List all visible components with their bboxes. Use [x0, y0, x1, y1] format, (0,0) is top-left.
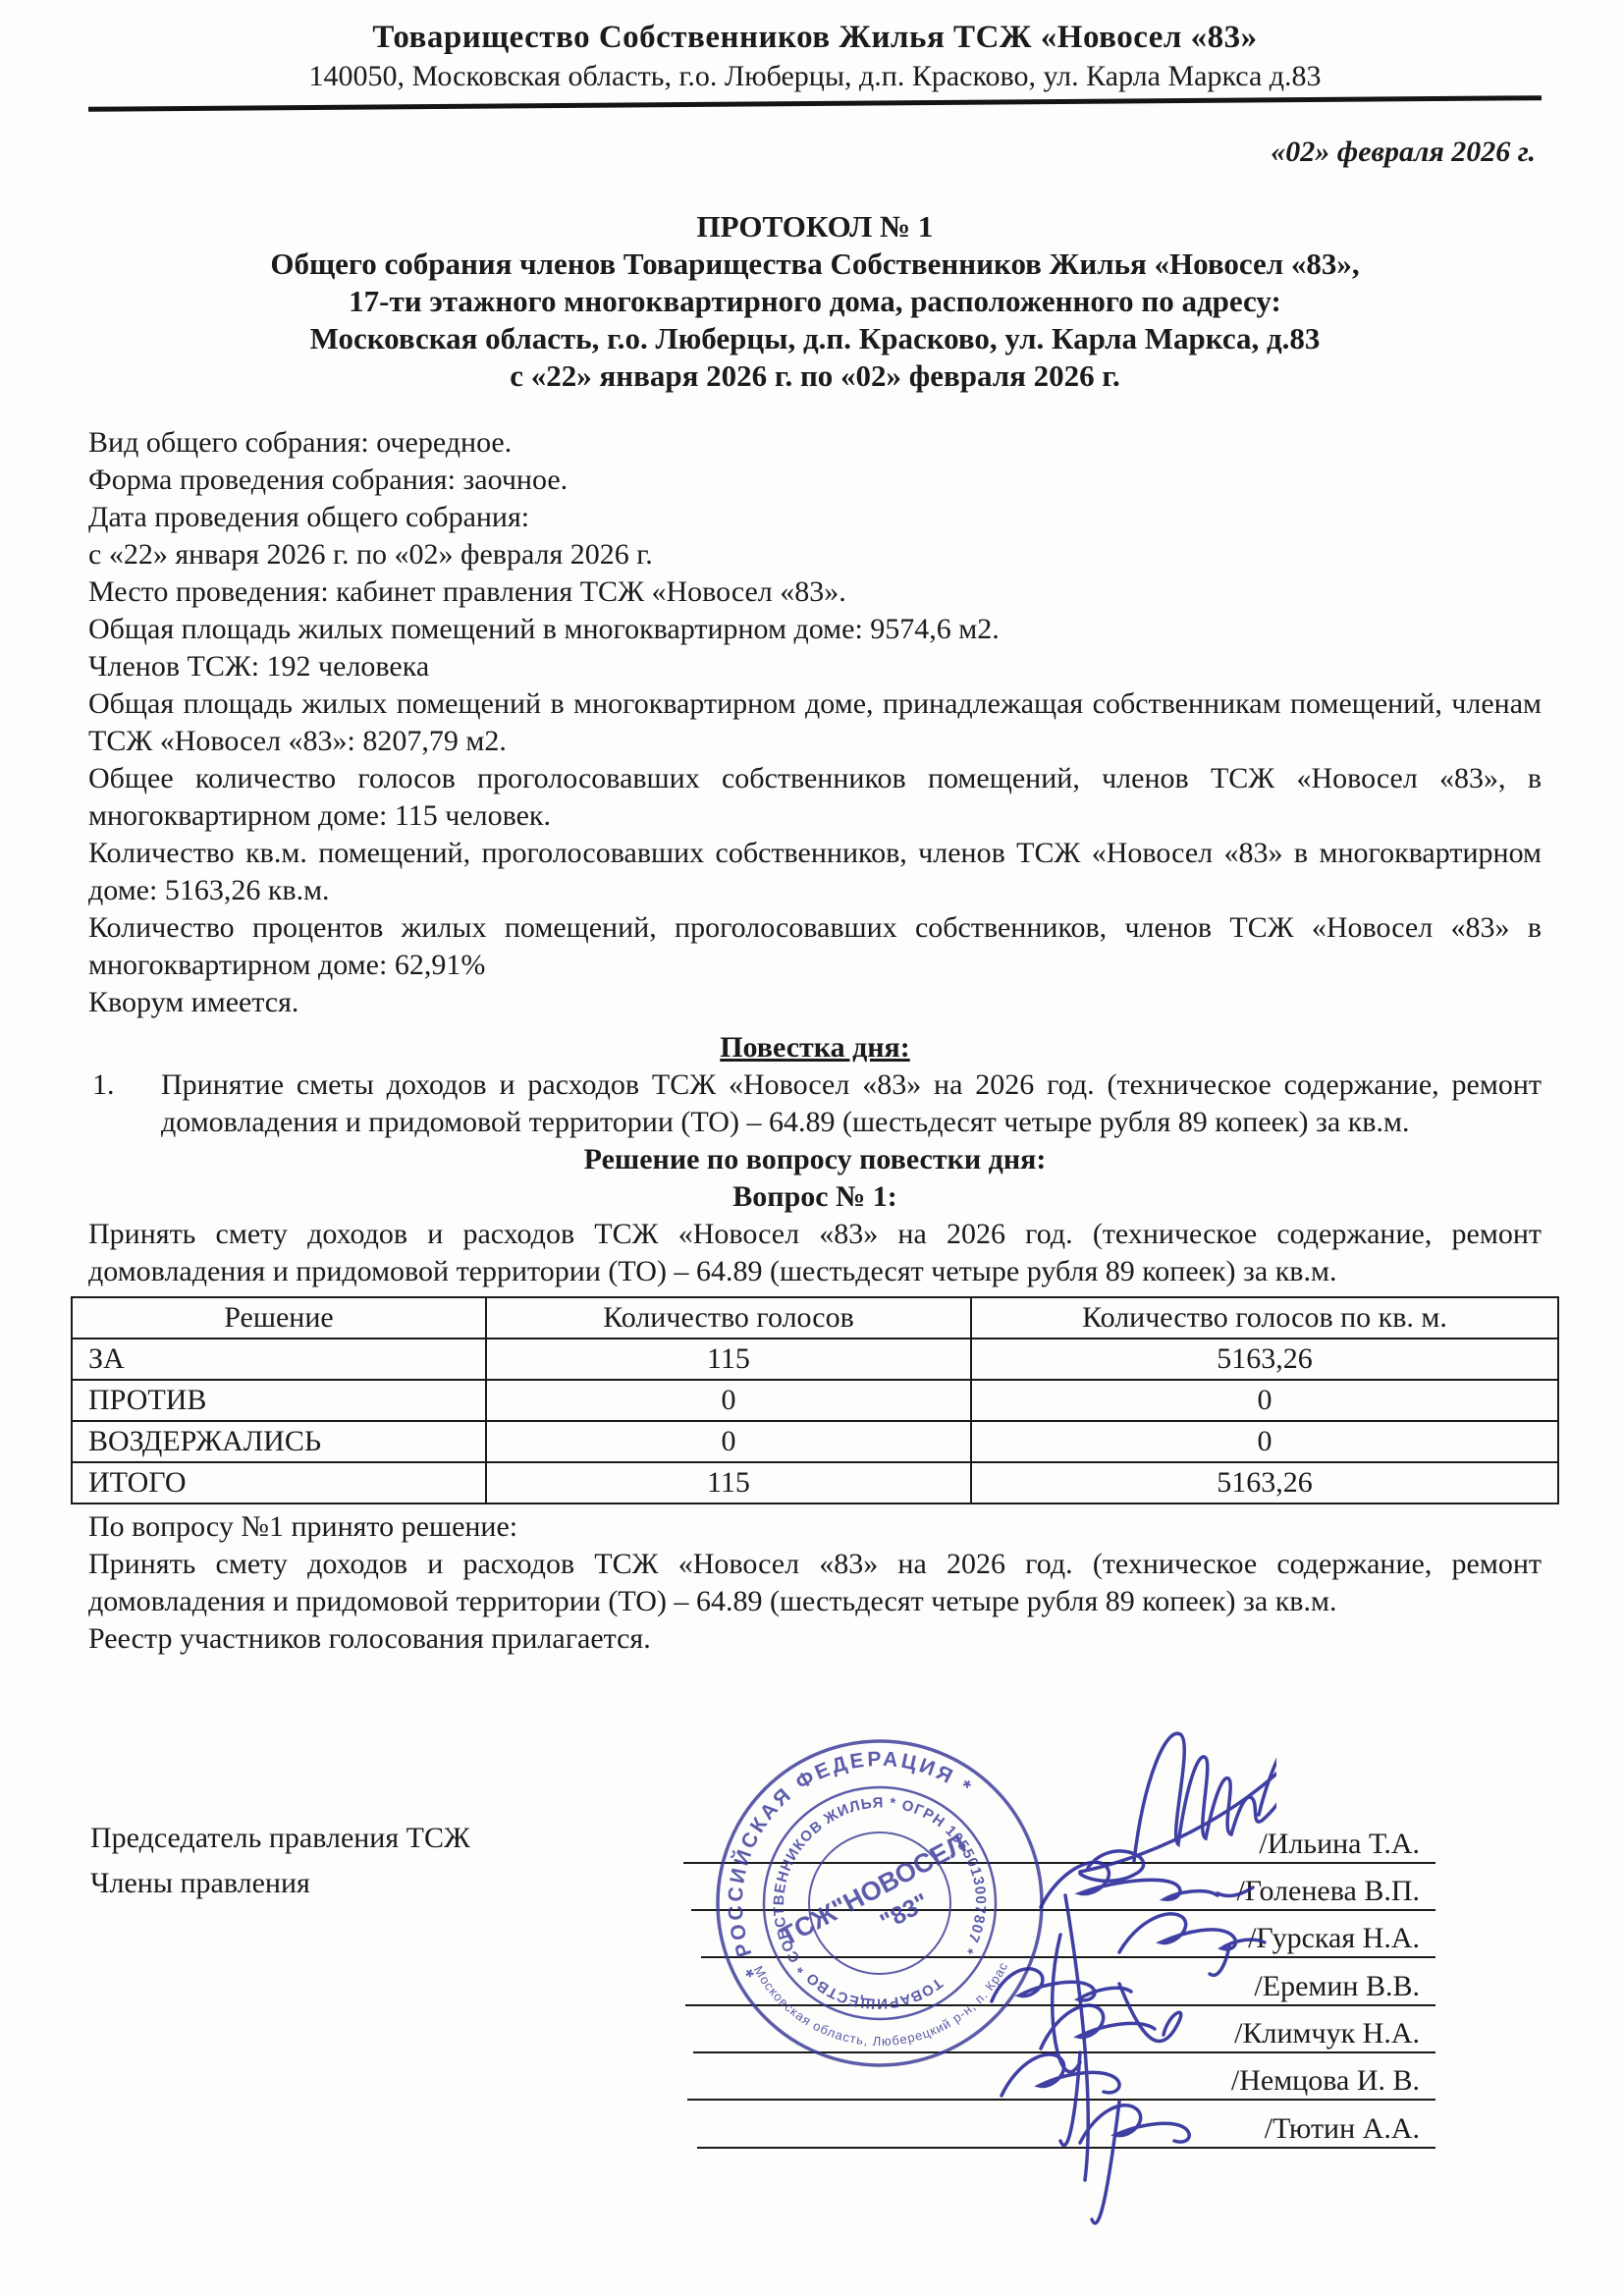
agenda-item-number: 1.: [88, 1066, 161, 1141]
org-address: 140050, Московская область, г.о. Люберцы…: [88, 60, 1542, 93]
vote-row-vozderzh-label: ВОЗДЕРЖАЛИСЬ: [72, 1421, 486, 1462]
signatory-name: /Еремин В.В.: [1254, 1970, 1420, 2003]
meeting-details: Вид общего собрания: очередное. Форма пр…: [88, 424, 1542, 1021]
resolution-block: По вопросу №1 принято решение: Принять с…: [88, 1508, 1542, 1658]
agenda-item-text: Принятие сметы доходов и расходов ТСЖ «Н…: [161, 1066, 1542, 1141]
detail-date-range: с «22» января 2026 г. по «02» февраля 20…: [88, 536, 1542, 574]
vote-row-vozderzh-votes: 0: [486, 1421, 971, 1462]
detail-kind: Вид общего собрания: очередное.: [88, 424, 1542, 462]
org-name: Товарищество Собственников Жилья ТСЖ «Но…: [88, 20, 1542, 56]
title-line-3: 17-ти этажного многоквартирного дома, ра…: [88, 283, 1542, 320]
vote-row-za-sqm: 5163,26: [971, 1339, 1558, 1380]
table-row: ВОЗДЕРЖАЛИСЬ 0 0: [72, 1421, 1558, 1462]
signatory-name: /Тютин А.А.: [1265, 2112, 1420, 2146]
vote-row-itogo-votes: 115: [486, 1462, 971, 1503]
detail-form: Форма проведения собрания: заочное.: [88, 462, 1542, 499]
decision-text: Принять смету доходов и расходов ТСЖ «Но…: [88, 1216, 1542, 1290]
vote-row-protiv-sqm: 0: [971, 1380, 1558, 1421]
protocol-document-page: Товарищество Собственников Жилья ТСЖ «Но…: [0, 0, 1624, 2296]
signatory-name: /Ильина Т.А.: [1259, 1828, 1420, 1861]
agenda-item-1: 1. Принятие сметы доходов и расходов ТСЖ…: [88, 1066, 1542, 1141]
vote-table: Решение Количество голосов Количество го…: [71, 1296, 1559, 1504]
decision-heading: Решение по вопросу повестки дня:: [88, 1141, 1542, 1178]
vote-table-header-decision: Решение: [72, 1297, 486, 1339]
detail-place: Место проведения: кабинет правления ТСЖ …: [88, 574, 1542, 611]
vote-table-header-votes: Количество голосов: [486, 1297, 971, 1339]
document-content: Товарищество Собственников Жилья ТСЖ «Но…: [0, 0, 1624, 1658]
resolution-intro: По вопросу №1 принято решение:: [88, 1508, 1542, 1546]
detail-date-label: Дата проведения общего собрания:: [88, 499, 1542, 536]
detail-quorum: Кворум имеется.: [88, 984, 1542, 1021]
document-title: ПРОТОКОЛ № 1 Общего собрания членов Това…: [88, 208, 1542, 395]
vote-row-protiv-label: ПРОТИВ: [72, 1380, 486, 1421]
title-line-4: Московская область, г.о. Люберцы, д.п. К…: [88, 320, 1542, 357]
members-label: Члены правления: [90, 1867, 310, 1900]
detail-voted-percent: Количество процентов жилых помещений, пр…: [88, 909, 1542, 984]
detail-total-area: Общая площадь жилых помещений в многоква…: [88, 611, 1542, 648]
detail-voted-count: Общее количество голосов проголосовавших…: [88, 760, 1542, 835]
vote-table-header-votes-sqm: Количество голосов по кв. м.: [971, 1297, 1558, 1339]
table-row: ИТОГО 115 5163,26: [72, 1462, 1558, 1503]
detail-voted-sqm: Количество кв.м. помещений, проголосовав…: [88, 835, 1542, 909]
detail-owners-area: Общая площадь жилых помещений в многоква…: [88, 685, 1542, 760]
chairman-label: Председатель правления ТСЖ: [90, 1822, 470, 1855]
vote-row-itogo-label: ИТОГО: [72, 1462, 486, 1503]
vote-table-header-row: Решение Количество голосов Количество го…: [72, 1297, 1558, 1339]
signatures-icon: [530, 1689, 1276, 2278]
agenda-heading: Повестка дня:: [88, 1029, 1542, 1066]
title-line-1: ПРОТОКОЛ № 1: [88, 208, 1542, 246]
detail-members-count: Членов ТСЖ: 192 человека: [88, 648, 1542, 685]
title-line-2: Общего собрания членов Товарищества Собс…: [88, 246, 1542, 283]
vote-row-itogo-sqm: 5163,26: [971, 1462, 1558, 1503]
table-row: ПРОТИВ 0 0: [72, 1380, 1558, 1421]
vote-row-za-label: ЗА: [72, 1339, 486, 1380]
handwritten-signatures: [530, 1689, 1276, 2278]
resolution-attachment: Реестр участников голосования прилагаетс…: [88, 1620, 1542, 1658]
vote-row-za-votes: 115: [486, 1339, 971, 1380]
header-rule: [88, 95, 1542, 112]
resolution-text: Принять смету доходов и расходов ТСЖ «Но…: [88, 1546, 1542, 1620]
vote-row-vozderzh-sqm: 0: [971, 1421, 1558, 1462]
title-line-5: с «22» января 2026 г. по «02» февраля 20…: [88, 357, 1542, 395]
question-heading: Вопрос № 1:: [88, 1178, 1542, 1216]
table-row: ЗА 115 5163,26: [72, 1339, 1558, 1380]
vote-row-protiv-votes: 0: [486, 1380, 971, 1421]
document-date: «02» февраля 2026 г.: [88, 136, 1542, 169]
